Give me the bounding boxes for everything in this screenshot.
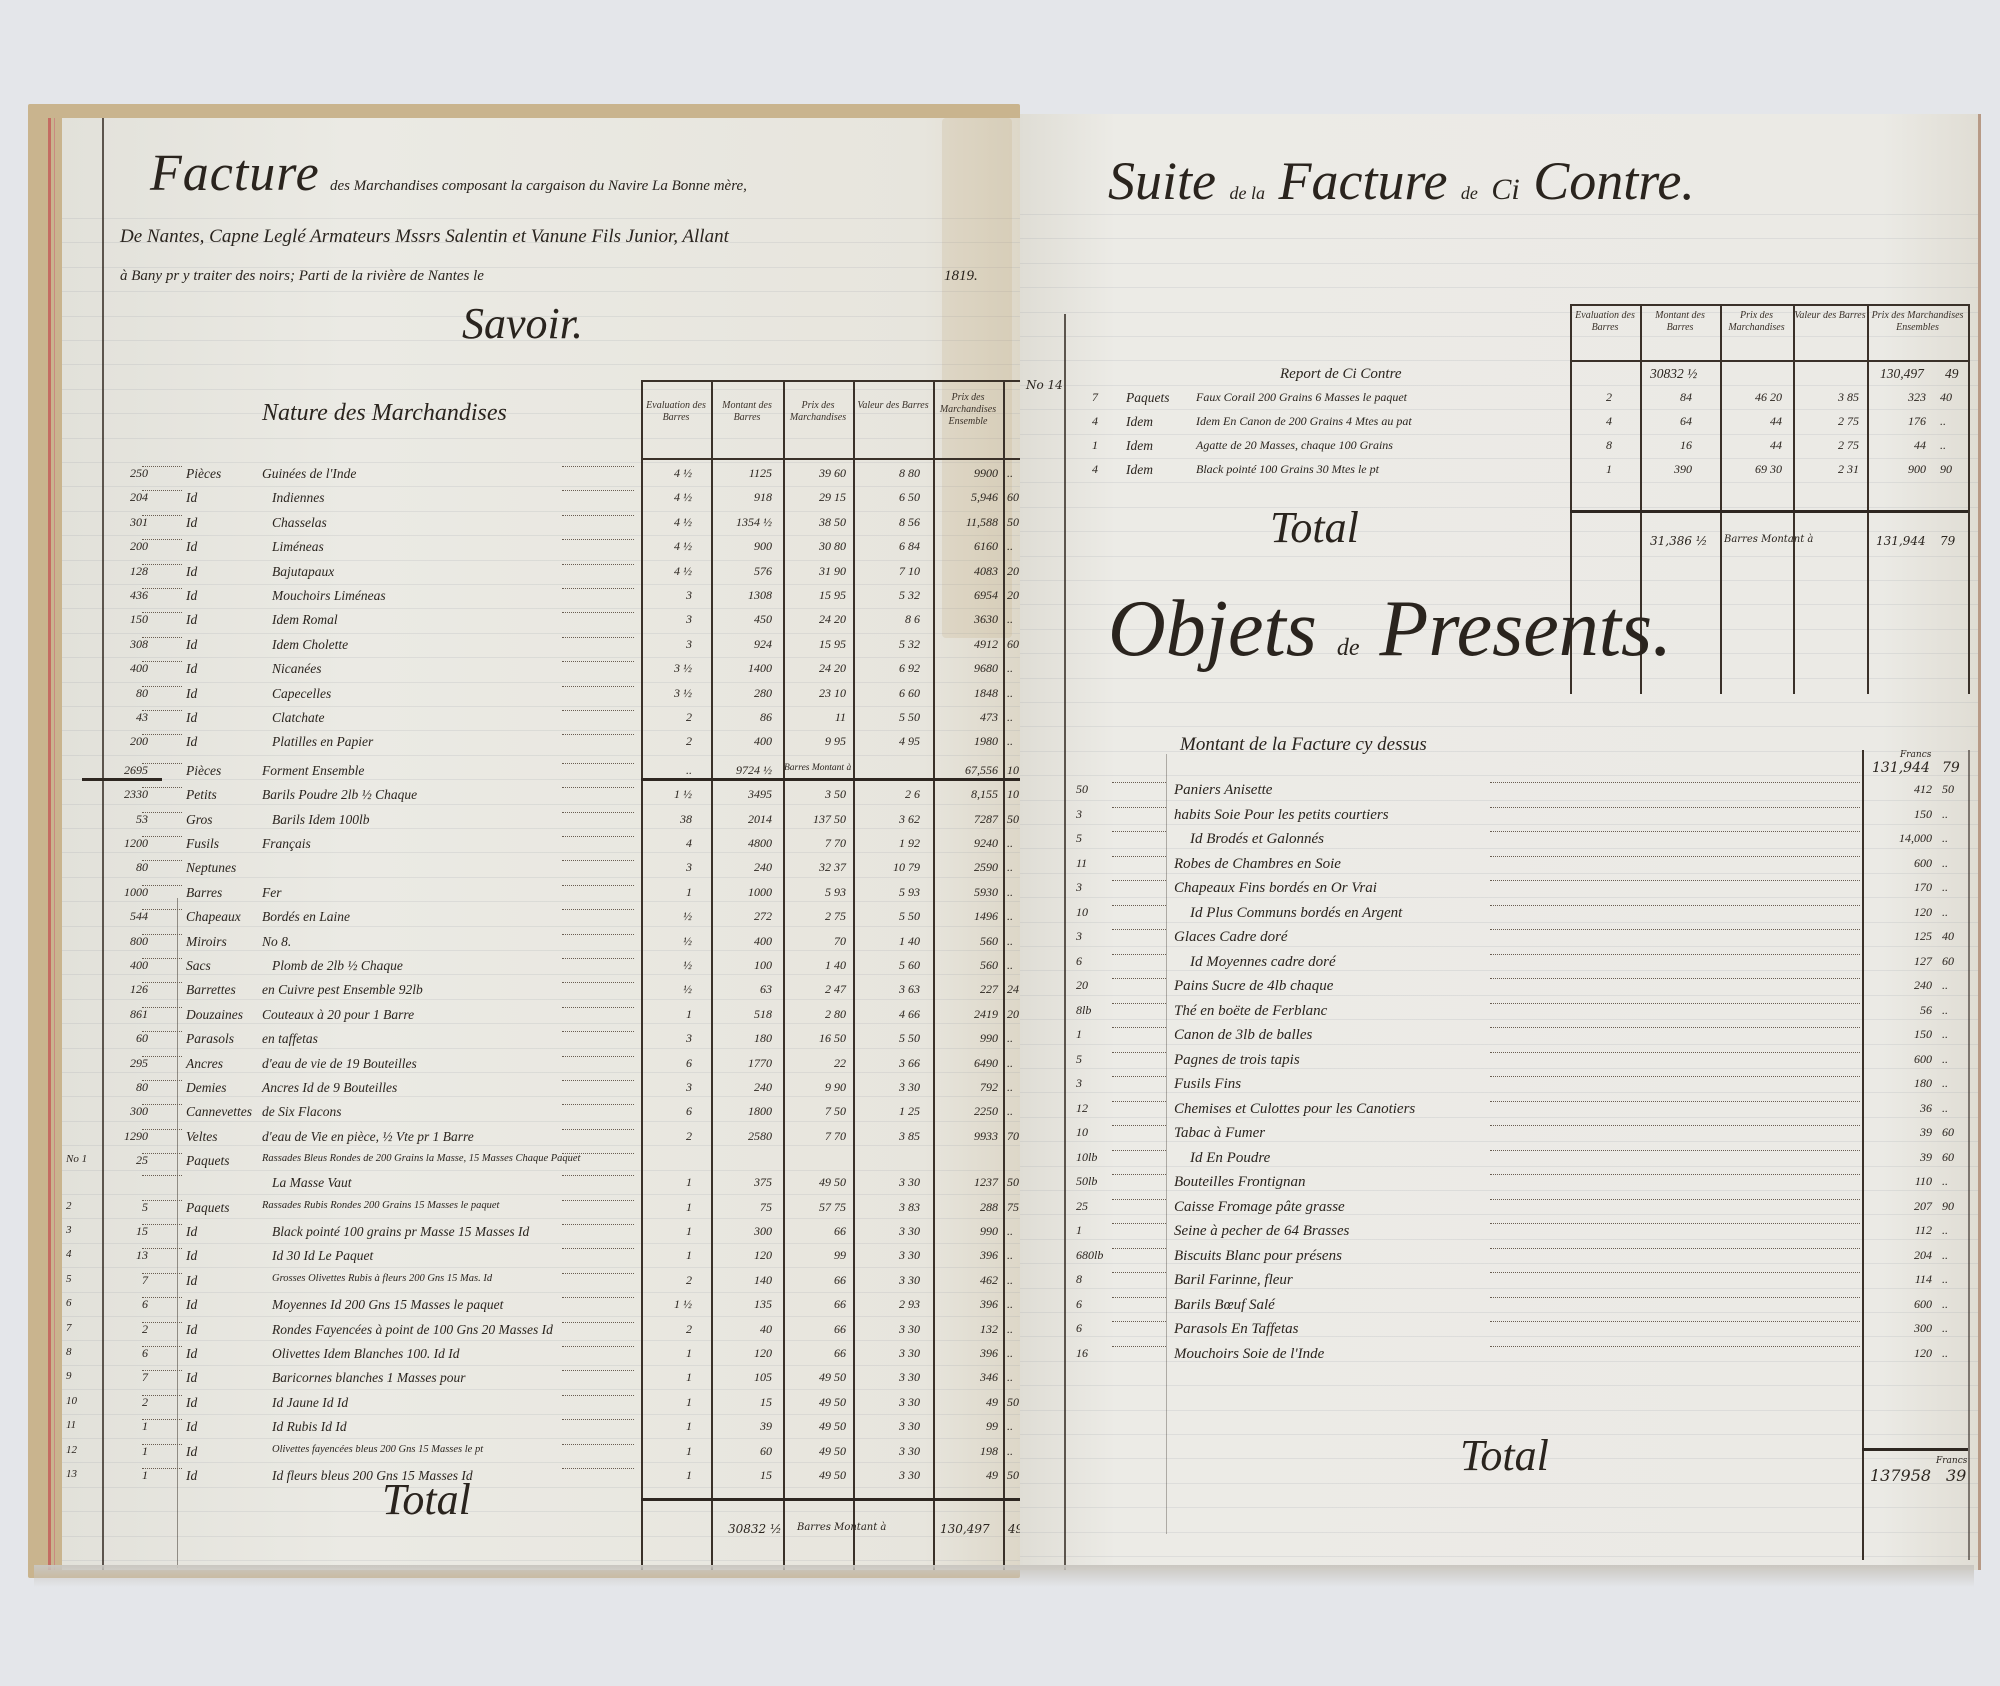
row-unit: Id [186, 1297, 197, 1313]
row-ensemble: 7287 [934, 812, 998, 827]
row-description: Platilles en Papier [272, 734, 373, 750]
col-header-ensemble: Prix des Marchandises Ensembles [1868, 310, 1967, 334]
leader-dots [142, 1419, 182, 1420]
row-description: La Masse Vaut [272, 1175, 352, 1191]
row-unit: Pièces [186, 466, 221, 482]
row-prix: 49 50 [784, 1444, 846, 1459]
title-de: de [1337, 635, 1360, 661]
leader-dots [1112, 1101, 1166, 1102]
row-evaluation: 3 [642, 612, 692, 627]
row-prix: 57 75 [784, 1200, 846, 1215]
row-montant: 1800 [712, 1104, 772, 1119]
row-description: Idem En Canon de 200 Grains 4 Mtes au pa… [1196, 414, 1412, 429]
leader-dots [562, 490, 634, 491]
row-evaluation: 2 [642, 1273, 692, 1288]
row-montant: 100 [712, 958, 772, 973]
leader-dots [1490, 1297, 1860, 1298]
row-evaluation: 1 [642, 1468, 692, 1483]
leader-dots [1490, 1346, 1860, 1347]
row-prix: 32 37 [784, 860, 846, 875]
table-row: 121IdOlivettes fayencées bleus 200 Gns 1… [62, 1442, 1020, 1464]
presents-title: Objets de Presents. [1108, 584, 1672, 675]
leader-dots [1490, 1101, 1860, 1102]
leader-dots [1112, 1248, 1166, 1249]
row-centimes: .. [1007, 836, 1013, 851]
present-quantity: 16 [1076, 1346, 1088, 1361]
ruled-line [62, 389, 1020, 390]
table-row: 2330PetitsBarils Poudre 2lb ½ Chaque1 ½3… [62, 785, 1020, 807]
row-montant: 40 [712, 1322, 772, 1337]
row-evaluation: 2 [642, 1322, 692, 1337]
row-quantity: 1 [114, 1444, 148, 1459]
leader-dots [1490, 1003, 1860, 1004]
row-unit: Id [186, 612, 197, 628]
table-row: 315IdBlack pointé 100 grains pr Masse 15… [62, 1222, 1020, 1244]
present-amount: 207 [1872, 1199, 1932, 1214]
leader-dots [562, 1031, 634, 1032]
row-prix: 66 [784, 1224, 846, 1239]
present-amount: 300 [1872, 1321, 1932, 1336]
present-item: 3habits Soie Pour les petits courtiers15… [1020, 805, 1978, 827]
leader-dots [562, 1080, 634, 1081]
ruled-line [62, 730, 1020, 731]
row-montant: 280 [712, 686, 772, 701]
row-number: 2 [66, 1200, 72, 1212]
grand-total-amount: 137958 [1870, 1466, 1931, 1485]
right-total-label: Total [1270, 502, 1359, 553]
leader-dots [562, 982, 634, 983]
present-description: Bouteilles Frontignan [1174, 1174, 1306, 1191]
row-centimes: 20 [1007, 1007, 1019, 1022]
leader-dots [1112, 856, 1166, 857]
row-valeur: 5 50 [854, 909, 920, 924]
row-montant: 15 [712, 1395, 772, 1410]
row-evaluation: 1 [642, 1419, 692, 1434]
leader-dots [142, 490, 182, 491]
row-valeur: 3 30 [854, 1224, 920, 1239]
row-ensemble: 8,155 [934, 787, 998, 802]
leader-dots [1112, 880, 1166, 881]
present-description: Caisse Fromage pâte grasse [1174, 1199, 1345, 1216]
row-centimes: .. [1007, 1080, 1013, 1095]
row-quantity: 128 [114, 564, 148, 579]
row-centimes: .. [1007, 1419, 1013, 1434]
row-valeur: 8 6 [854, 612, 920, 627]
leader-dots [562, 1444, 634, 1445]
row-evaluation: ½ [642, 909, 692, 924]
table-row: 25PaquetsRassades Rubis Rondes 200 Grain… [62, 1198, 1020, 1220]
row-unit: Sacs [186, 958, 211, 974]
row-valeur: 1 92 [854, 836, 920, 851]
present-amount: 600 [1872, 1297, 1932, 1312]
present-item: 8lbThé en boëte de Ferblanc56.. [1020, 1001, 1978, 1023]
row-evaluation: 2 [642, 734, 692, 749]
title-year: 1819. [944, 268, 978, 285]
row-evaluation: 6 [642, 1104, 692, 1119]
leader-dots [562, 812, 634, 813]
ruled-line [1020, 775, 1978, 776]
row-montant: 918 [712, 490, 772, 505]
row-valeur: 5 93 [854, 885, 920, 900]
leader-dots [1112, 1321, 1166, 1322]
leader-dots [1490, 782, 1860, 783]
row-description: Nicanées [272, 661, 322, 677]
row-evaluation: .. [642, 763, 692, 778]
present-centimes: 60 [1942, 954, 1954, 969]
row-valeur: 1 25 [854, 1104, 920, 1119]
row-unit: Gros [186, 812, 213, 828]
row-quantity: 2695 [114, 763, 148, 778]
present-item: 1Canon de 3lb de balles150.. [1020, 1025, 1978, 1047]
present-description: Thé en boëte de Ferblanc [1174, 1003, 1327, 1020]
row-ensemble: 2250 [934, 1104, 998, 1119]
table-row: 97IdBaricornes blanches 1 Masses pour110… [62, 1368, 1020, 1390]
leader-dots [142, 686, 182, 687]
row-ensemble: 396 [934, 1297, 998, 1312]
leader-dots [142, 763, 182, 764]
row-quantity: 80 [114, 686, 148, 701]
row-description: Bordés en Laine [262, 909, 350, 925]
row-quantity: 80 [114, 1080, 148, 1095]
row-description: Indiennes [272, 490, 324, 506]
present-centimes: 40 [1942, 929, 1954, 944]
leader-dots [562, 539, 634, 540]
leader-dots [1112, 954, 1166, 955]
row-evaluation: 4 ½ [642, 515, 692, 530]
row-ensemble: 462 [934, 1273, 998, 1288]
present-quantity: 3 [1076, 880, 1082, 895]
present-centimes: .. [1942, 1248, 1948, 1263]
row-unit: Paquets [186, 1153, 230, 1169]
row-prix: 39 60 [784, 466, 846, 481]
leader-dots [142, 1200, 182, 1201]
leader-dots [562, 1129, 634, 1130]
row-unit: Id [186, 588, 197, 604]
title-ci: Ci [1491, 173, 1519, 206]
row-valeur: 3 85 [854, 1129, 920, 1144]
row-ensemble: 396 [934, 1346, 998, 1361]
ruled-line [1020, 507, 1978, 508]
ruled-line [62, 486, 1020, 487]
table-row: 295Ancresd'eau de vie de 19 Bouteilles61… [62, 1054, 1020, 1076]
ruled-line [1020, 726, 1978, 727]
row-description: Liméneas [272, 539, 324, 555]
leader-dots [142, 710, 182, 711]
row-evaluation: 8 [1572, 438, 1612, 453]
row-ensemble: 9680 [934, 661, 998, 676]
present-centimes: .. [1942, 1321, 1948, 1336]
present-amount: 36 [1872, 1101, 1932, 1116]
row-prix: 29 15 [784, 490, 846, 505]
leader-dots [1490, 1052, 1860, 1053]
row-quantity: 204 [114, 490, 148, 505]
row-valeur: 7 10 [854, 564, 920, 579]
leader-dots [142, 1056, 182, 1057]
row-prix: 99 [784, 1248, 846, 1263]
row-montant: 63 [712, 982, 772, 997]
row-centimes: .. [1007, 661, 1013, 676]
row-unit: Neptunes [186, 860, 236, 876]
table-row: 861DouzainesCouteaux à 20 pour 1 Barre15… [62, 1005, 1020, 1027]
leader-dots [142, 1297, 182, 1298]
present-item: 6Barils Bœuf Salé600.. [1020, 1295, 1978, 1317]
leader-dots [142, 661, 182, 662]
present-centimes: .. [1942, 1003, 1948, 1018]
ruled-line [1020, 287, 1978, 288]
row-unit: Petits [186, 787, 217, 803]
row-ensemble: 9933 [934, 1129, 998, 1144]
table-row: 150IdIdem Romal345024 208 63630.. [62, 610, 1020, 632]
row-description: de Six Flacons [262, 1104, 341, 1120]
leader-dots [562, 466, 634, 467]
col-header-ensemble: Prix des Marchandises Ensemble [934, 392, 1002, 428]
present-item: 1Seine à pecher de 64 Brasses112.. [1020, 1221, 1978, 1243]
row-evaluation: 1 ½ [642, 1297, 692, 1312]
present-quantity: 1 [1076, 1027, 1082, 1042]
row-valeur: 10 79 [854, 860, 920, 875]
table-row: 43IdClatchate286115 50473.. [62, 708, 1020, 730]
row-valeur: 4 95 [854, 734, 920, 749]
book-shadow [34, 1565, 1974, 1587]
row-centimes: .. [1007, 860, 1013, 875]
leader-dots [1490, 1248, 1860, 1249]
leader-dots [142, 1080, 182, 1081]
total-divider [641, 1498, 1020, 1501]
leader-dots [1490, 1125, 1860, 1126]
leader-dots [142, 1104, 182, 1105]
table-row: 4IdemIdem En Canon de 200 Grains 4 Mtes … [1020, 412, 1978, 434]
row-montant: 300 [712, 1224, 772, 1239]
leader-dots [562, 1224, 634, 1225]
leader-dots [1112, 1076, 1166, 1077]
present-description: Id En Poudre [1190, 1150, 1270, 1167]
present-centimes: .. [1942, 1101, 1948, 1116]
leader-dots [1490, 1321, 1860, 1322]
row-ensemble: 2590 [934, 860, 998, 875]
row-quantity: 250 [114, 466, 148, 481]
row-centimes: 90 [1940, 462, 1952, 477]
row-quantity: 25 [114, 1153, 148, 1168]
row-centimes: .. [1007, 958, 1013, 973]
present-amount: 112 [1872, 1223, 1932, 1238]
ruled-line [1020, 1410, 1978, 1411]
present-amount: 127 [1872, 954, 1932, 969]
row-centimes: 10 [1007, 787, 1019, 802]
present-amount: 39 [1872, 1125, 1932, 1140]
present-description: Glaces Cadre doré [1174, 929, 1288, 946]
present-quantity: 8lb [1076, 1003, 1091, 1018]
row-ensemble: 67,556 [934, 763, 998, 778]
savoir-heading: Savoir. [462, 298, 583, 349]
present-quantity: 3 [1076, 807, 1082, 822]
row-unit: Idem [1126, 414, 1153, 430]
row-quantity: 800 [114, 934, 148, 949]
row-ensemble: 2419 [934, 1007, 998, 1022]
water-stain [942, 118, 1012, 638]
row-quantity: 1 [114, 1419, 148, 1434]
row-quantity: 544 [114, 909, 148, 924]
row-unit: Id [186, 1224, 197, 1240]
row-unit: Paquets [1126, 390, 1170, 406]
row-number: 10 [66, 1395, 77, 1407]
row-ensemble: 5,946 [934, 490, 998, 505]
row-montant: 900 [712, 539, 772, 554]
leader-dots [562, 958, 634, 959]
row-centimes: 20 [1007, 564, 1019, 579]
leader-dots [1112, 905, 1166, 906]
present-description: habits Soie Pour les petits courtiers [1174, 807, 1389, 824]
leader-dots [142, 539, 182, 540]
row-prix: 3 50 [784, 787, 846, 802]
row-unit: Id [186, 661, 197, 677]
row-ensemble: 1980 [934, 734, 998, 749]
row-montant: 75 [712, 1200, 772, 1215]
col-header-evaluation: Evaluation des Barres [1571, 310, 1639, 334]
leader-dots [562, 661, 634, 662]
row-montant: 272 [712, 909, 772, 924]
row-valeur: 3 30 [854, 1395, 920, 1410]
row-evaluation: 1 [642, 1444, 692, 1459]
row-description: Français [262, 836, 311, 852]
ruled-line [1020, 263, 1978, 264]
row-description: en Cuivre pest Ensemble 92lb [262, 982, 423, 998]
row-prix: 44 [1722, 438, 1782, 453]
row-unit: Id [186, 1248, 197, 1264]
table-row: 1IdemAgatte de 20 Masses, chaque 100 Gra… [1020, 436, 1978, 458]
row-prix: 24 20 [784, 612, 846, 627]
report-label: Report de Ci Contre [1280, 366, 1402, 383]
leader-dots [142, 860, 182, 861]
present-quantity: 5 [1076, 831, 1082, 846]
present-amount: 180 [1872, 1076, 1932, 1091]
row-evaluation: 38 [642, 812, 692, 827]
row-description: Id Jaune Id Id [272, 1395, 348, 1411]
ruled-line [62, 438, 1020, 439]
row-centimes: 40 [1940, 390, 1952, 405]
right-total-ensemble: 131,944 [1876, 534, 1926, 548]
leader-dots [562, 1200, 634, 1201]
row-evaluation: 2 [642, 710, 692, 725]
row-prix: 2 47 [784, 982, 846, 997]
leader-dots [1490, 880, 1860, 881]
row-quantity: 43 [114, 710, 148, 725]
row-evaluation: 3 [642, 1031, 692, 1046]
leader-dots [562, 763, 634, 764]
present-amount: 120 [1872, 905, 1932, 920]
present-item: 50lbBouteilles Frontignan110.. [1020, 1172, 1978, 1194]
leader-dots [1112, 1150, 1166, 1151]
table-col-line [1720, 304, 1722, 694]
present-item: 3Fusils Fins180.. [1020, 1074, 1978, 1096]
table-row: 301IdChasselas4 ½1354 ½38 508 5611,58850 [62, 513, 1020, 535]
ruled-line [62, 584, 1020, 585]
ruled-line [1020, 751, 1978, 752]
row-ensemble: 990 [934, 1224, 998, 1239]
leader-dots [142, 934, 182, 935]
row-montant: 576 [712, 564, 772, 579]
title-presents: Presents. [1380, 585, 1673, 673]
leader-dots [562, 1153, 634, 1154]
leader-dots [562, 1322, 634, 1323]
leader-dots [1490, 1150, 1860, 1151]
row-valeur: 3 83 [854, 1200, 920, 1215]
row-valeur: 3 30 [854, 1444, 920, 1459]
table-row: 111IdId Rubis Id Id13949 503 3099.. [62, 1417, 1020, 1439]
row-valeur: 5 50 [854, 1031, 920, 1046]
red-edge-line-inner [54, 118, 55, 1570]
leader-dots [1490, 831, 1860, 832]
table-top-line [641, 380, 1020, 382]
row-unit: Fusils [186, 836, 219, 852]
leader-dots [562, 909, 634, 910]
row-montant: 15 [712, 1468, 772, 1483]
row-ensemble: 9240 [934, 836, 998, 851]
row-valeur: 3 62 [854, 812, 920, 827]
present-description: Seine à pecher de 64 Brasses [1174, 1223, 1349, 1240]
report-row: Report de Ci Contre 30832 ½ 130,497 49 [1080, 364, 1970, 386]
row-unit: Id [186, 1419, 197, 1435]
leader-dots [562, 1370, 634, 1371]
ruled-line [1020, 1532, 1978, 1533]
row-unit: Id [186, 1395, 197, 1411]
row-unit: Idem [1126, 462, 1153, 478]
row-number: 11 [66, 1419, 76, 1431]
leader-dots [1112, 1199, 1166, 1200]
row-quantity: 7 [114, 1273, 148, 1288]
ruled-line [1020, 336, 1978, 337]
row-centimes: 50 [1007, 515, 1019, 530]
leader-dots [1112, 1223, 1166, 1224]
present-item: 10Id Plus Communs bordés en Argent120.. [1020, 903, 1978, 925]
table-header-line [641, 458, 1020, 460]
present-description: Id Plus Communs bordés en Argent [1190, 905, 1402, 922]
table-row: 413IdId 30 Id Le Paquet1120993 30396.. [62, 1246, 1020, 1268]
row-description: Rondes Fayencées à point de 100 Gns 20 M… [272, 1322, 553, 1338]
row-valeur: 5 32 [854, 588, 920, 603]
leader-dots [562, 734, 634, 735]
row-centimes: 50 [1007, 1175, 1019, 1190]
row-evaluation: 1 ½ [642, 787, 692, 802]
row-montant: 924 [712, 637, 772, 652]
row-description: Id 30 Id Le Paquet [272, 1248, 373, 1264]
row-number: 13 [66, 1468, 77, 1480]
present-centimes: .. [1942, 1297, 1948, 1312]
col-header-valeur: Valeur des Barres [854, 400, 932, 412]
row-quantity: 436 [114, 588, 148, 603]
row-centimes: .. [1007, 1346, 1013, 1361]
row-evaluation: 3 [642, 1080, 692, 1095]
row-number: 5 [66, 1273, 72, 1285]
present-centimes: .. [1942, 1223, 1948, 1238]
row-montant: 240 [712, 860, 772, 875]
row-unit: Chapeaux [186, 909, 241, 925]
row-description: en taffetas [262, 1031, 318, 1047]
leader-dots [562, 1468, 634, 1469]
row-description: Agatte de 20 Masses, chaque 100 Grains [1196, 438, 1393, 453]
leader-dots [562, 612, 634, 613]
row-evaluation: 3 ½ [642, 686, 692, 701]
row-centimes: .. [1007, 1322, 1013, 1337]
table-col-line [1968, 304, 1970, 694]
present-quantity: 3 [1076, 929, 1082, 944]
left-total-label: Total [382, 1474, 471, 1525]
leader-dots [562, 836, 634, 837]
table-row: 102IdId Jaune Id Id11549 503 304950 [62, 1393, 1020, 1415]
row-prix: 23 10 [784, 686, 846, 701]
row-prix: 49 50 [784, 1395, 846, 1410]
row-prix: 30 80 [784, 539, 846, 554]
leader-dots [562, 588, 634, 589]
